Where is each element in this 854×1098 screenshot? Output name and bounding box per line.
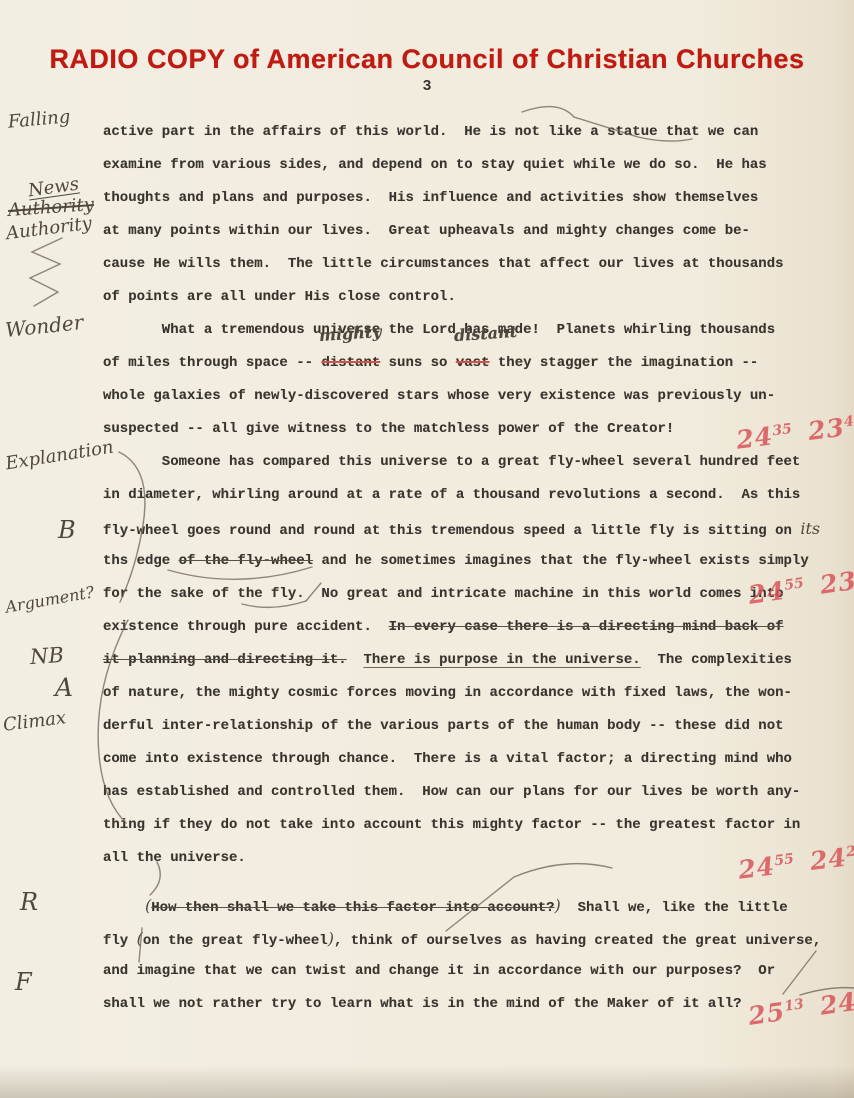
red-number-superscript: 55: [773, 851, 794, 869]
typed-segment: distant: [321, 355, 380, 371]
typed-line: cause He wills them. The little circumst…: [103, 248, 843, 281]
correction-wrap: vastdistant: [456, 347, 490, 380]
typed-line: has established and controlled them. How…: [103, 776, 843, 809]
typed-line: shall we not rather try to learn what is…: [103, 988, 843, 1021]
correction-wrap: distantmighty: [321, 347, 380, 380]
typed-segment: come into existence through chance. Ther…: [103, 751, 792, 767]
typed-segment: at many points within our lives. Great u…: [103, 223, 750, 239]
typed-line: fly-wheel goes round and round at this t…: [103, 512, 843, 545]
typed-line: of points are all under His close contro…: [103, 281, 843, 314]
margin-annotation: F: [15, 972, 32, 992]
red-number: 24: [737, 851, 777, 884]
typed-line: Someone has compared this universe to a …: [103, 446, 843, 479]
typed-text-block: active part in the affairs of this world…: [103, 116, 843, 1021]
scanned-typescript-page: RADIO COPY of American Council of Christ…: [0, 0, 854, 1098]
handwritten-insert-above: mighty: [319, 324, 382, 344]
margin-annotation: NB: [29, 645, 64, 667]
margin-annotation: Falling: [7, 107, 71, 132]
typed-segment: suns so: [380, 355, 456, 371]
typed-segment: of nature, the mighty cosmic forces movi…: [103, 685, 792, 701]
typed-segment: derful inter-relationship of the various…: [103, 718, 784, 734]
typed-line: all the universe.: [103, 842, 843, 875]
pencil-stroke: [30, 238, 62, 306]
typed-segment: cause He wills them. The little circumst…: [103, 256, 784, 272]
typed-segment: How then shall we take this factor into …: [151, 900, 554, 916]
typed-segment: and imagine that we can twist and change…: [103, 963, 775, 979]
red-number: 24: [808, 843, 848, 876]
typed-line: active part in the affairs of this world…: [103, 116, 843, 149]
typed-line: and imagine that we can twist and change…: [103, 955, 843, 988]
typed-segment: of miles through space --: [103, 355, 321, 371]
red-number-superscript: 55: [783, 575, 805, 594]
typed-line: fly (on the great fly-wheel), think of o…: [103, 922, 843, 955]
typed-segment: Someone has compared this universe to a …: [103, 454, 800, 470]
typed-segment: vast: [456, 355, 490, 371]
red-number-superscript: 13: [783, 996, 805, 1015]
typed-segment: has established and controlled them. How…: [103, 784, 800, 800]
typed-segment: whole galaxies of newly-discovered stars…: [103, 388, 775, 404]
typed-segment: active part in the affairs of this world…: [103, 124, 758, 140]
typed-segment: on the great fly-wheel: [143, 933, 328, 949]
typed-segment: [347, 652, 364, 668]
typed-segment: shall we not rather try to learn what is…: [103, 996, 742, 1012]
typed-segment: for the sake of the fly. No great and in…: [103, 586, 784, 602]
page-title: RADIO COPY of American Council of Christ…: [0, 44, 854, 75]
red-number-superscript: 46: [843, 412, 854, 430]
page-number: 3: [0, 78, 854, 95]
red-number: 23: [806, 413, 846, 446]
red-number: 24: [818, 987, 854, 1021]
typed-line: whole galaxies of newly-discovered stars…: [103, 380, 843, 413]
margin-annotation: Explanation: [4, 438, 115, 475]
typed-segment: thoughts and plans and purposes. His inf…: [103, 190, 758, 206]
typed-line: of nature, the mighty cosmic forces movi…: [103, 677, 843, 710]
margin-annotation: Climax: [2, 708, 67, 736]
red-number-superscript: 35: [771, 421, 792, 439]
margin-annotation: A: [55, 678, 73, 698]
typed-line: suspected -- all give witness to the mat…: [103, 413, 843, 446]
typed-segment: and he sometimes imagines that the fly-w…: [313, 553, 809, 569]
red-number: 23: [818, 566, 854, 600]
typed-segment: suspected -- all give witness to the mat…: [103, 421, 674, 437]
margin-annotation: R: [20, 892, 38, 912]
typed-line: derful inter-relationship of the various…: [103, 710, 843, 743]
typed-line: (How then shall we take this factor into…: [103, 889, 843, 922]
typed-line: come into existence through chance. Ther…: [103, 743, 843, 776]
typed-segment: they stagger the imagination --: [489, 355, 758, 371]
red-number-superscript: 22: [845, 842, 854, 860]
typed-line: examine from various sides, and depend o…: [103, 149, 843, 182]
typed-segment: , think of ourselves as having created t…: [334, 933, 821, 949]
typed-segment: fly-wheel goes round and round at this t…: [103, 523, 800, 539]
typed-segment: ths edge: [103, 553, 179, 569]
typed-line: in diameter, whirling around at a rate o…: [103, 479, 843, 512]
typed-segment: of points are all under His close contro…: [103, 289, 456, 305]
red-number: 25: [747, 997, 787, 1031]
typed-segment: fly: [103, 933, 137, 949]
typed-segment: In every case there is a directing mind …: [389, 619, 784, 635]
typed-line: at many points within our lives. Great u…: [103, 215, 843, 248]
typed-segment: of the fly-wheel: [179, 553, 313, 569]
typed-segment: in diameter, whirling around at a rate o…: [103, 487, 800, 503]
typed-line: ths edge of the fly-wheel and he sometim…: [103, 545, 843, 578]
typed-segment: examine from various sides, and depend o…: [103, 157, 767, 173]
typed-line: it planning and directing it. There is p…: [103, 644, 843, 677]
typed-line: existence through pure accident. In ever…: [103, 611, 843, 644]
typed-segment: Shall we, like the little: [561, 900, 788, 916]
red-number: 24: [747, 576, 787, 610]
typed-segment: [103, 900, 145, 916]
typed-segment: The complexities: [641, 652, 792, 668]
typed-line: of miles through space -- distantmighty …: [103, 347, 843, 380]
typed-segment: existence through pure accident.: [103, 619, 389, 635]
margin-annotation: Argument?: [4, 582, 96, 617]
typed-segment: all the universe.: [103, 850, 246, 866]
typed-line: for the sake of the fly. No great and in…: [103, 578, 843, 611]
handwritten-insert-above: distant: [453, 324, 517, 344]
typed-segment: thing if they do not take into account t…: [103, 817, 800, 833]
red-number: 24: [735, 421, 775, 454]
margin-annotation: Wonder: [4, 312, 84, 340]
typed-segment: it planning and directing it.: [103, 652, 347, 668]
typed-line: thing if they do not take into account t…: [103, 809, 843, 842]
handwritten-insert: its: [800, 519, 820, 538]
margin-annotation: B: [58, 520, 76, 540]
typed-line: thoughts and plans and purposes. His inf…: [103, 182, 843, 215]
typed-segment: What a tremendous universe the Lord has …: [103, 322, 775, 338]
typed-segment: There is purpose in the universe.: [363, 652, 640, 668]
